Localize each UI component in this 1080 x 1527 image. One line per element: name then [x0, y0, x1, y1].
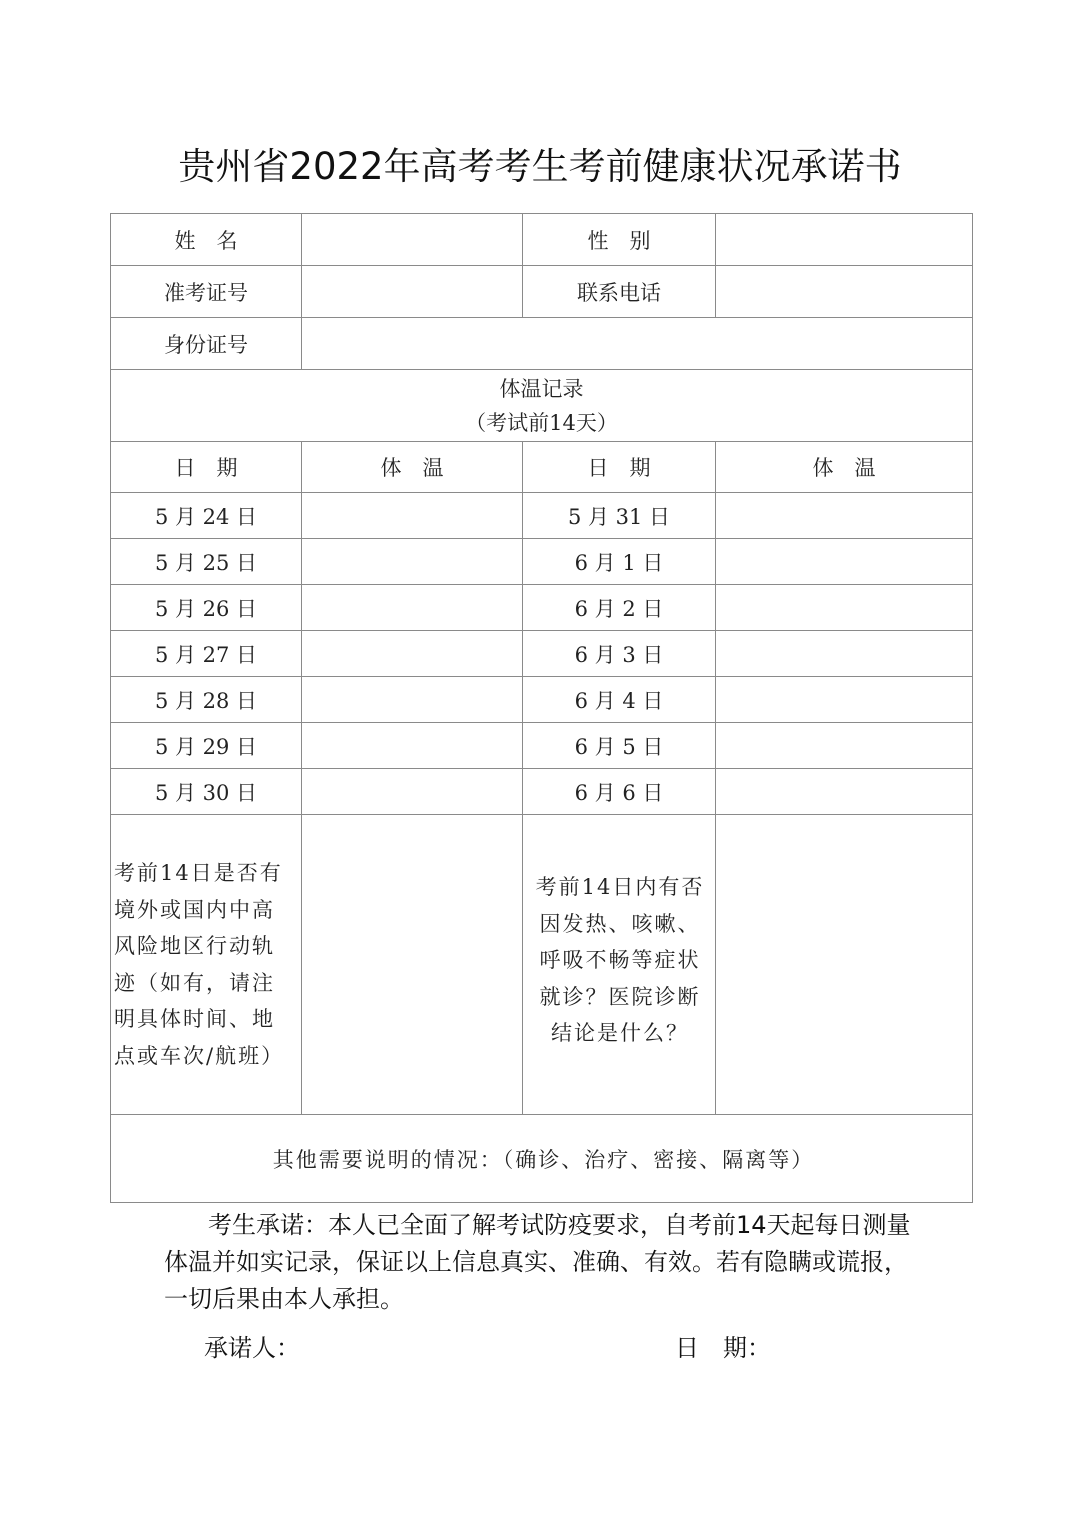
questions-row: 考前14日是否有境外或国内中高风险地区行动轨迹（如有，请注明具体时间、地点或车次…: [111, 815, 973, 1115]
date-cell: 5 月 27 日: [111, 631, 302, 677]
exam-id-label: 准考证号: [111, 266, 302, 318]
date-cell: 6 月 1 日: [523, 539, 716, 585]
date-cell: 5 月 26 日: [111, 585, 302, 631]
signer-label: 承诺人：: [204, 1328, 300, 1363]
table-row: 5 月 28 日 6 月 4 日: [111, 677, 973, 723]
symptom-question: 考前14日内有否因发热、咳嗽、呼吸不畅等症状就诊？医院诊断结论是什么？: [523, 815, 716, 1115]
table-row: 5 月 29 日 6 月 5 日: [111, 723, 973, 769]
column-header-date-left: 日 期: [111, 442, 302, 493]
date-cell: 5 月 31 日: [523, 493, 716, 539]
travel-question: 考前14日是否有境外或国内中高风险地区行动轨迹（如有，请注明具体时间、地点或车次…: [111, 815, 302, 1115]
gender-label: 性 别: [523, 214, 716, 266]
table-row: 5 月 30 日 6 月 6 日: [111, 769, 973, 815]
other-notes-field[interactable]: 其他需要说明的情况：（确诊、治疗、密接、隔离等）: [111, 1115, 973, 1203]
id-card-field[interactable]: [302, 318, 973, 370]
temperature-field[interactable]: [302, 585, 523, 631]
travel-answer-field[interactable]: [302, 815, 523, 1115]
date-cell: 5 月 30 日: [111, 769, 302, 815]
temperature-field[interactable]: [716, 769, 973, 815]
other-notes-row: 其他需要说明的情况：（确诊、治疗、密接、隔离等）: [111, 1115, 973, 1203]
temperature-field[interactable]: [302, 493, 523, 539]
temperature-field[interactable]: [716, 493, 973, 539]
phone-field[interactable]: [716, 266, 973, 318]
date-cell: 6 月 3 日: [523, 631, 716, 677]
date-cell: 6 月 5 日: [523, 723, 716, 769]
date-cell: 6 月 4 日: [523, 677, 716, 723]
temperature-column-headers: 日 期 体 温 日 期 体 温: [111, 442, 973, 493]
temperature-section-title: 体温记录: [111, 372, 972, 406]
temperature-section-header: 体温记录 （考试前14天）: [111, 370, 973, 442]
temperature-field[interactable]: [716, 677, 973, 723]
date-cell: 5 月 28 日: [111, 677, 302, 723]
date-cell: 6 月 6 日: [523, 769, 716, 815]
temperature-field[interactable]: [302, 723, 523, 769]
column-header-date-right: 日 期: [523, 442, 716, 493]
table-row: 5 月 24 日 5 月 31 日: [111, 493, 973, 539]
column-header-temp-right: 体 温: [716, 442, 973, 493]
date-cell: 5 月 24 日: [111, 493, 302, 539]
sign-date-label: 日 期：: [675, 1328, 771, 1363]
symptom-answer-field[interactable]: [716, 815, 973, 1115]
temperature-section-subtitle: （考试前14天）: [111, 406, 972, 440]
exam-id-field[interactable]: [302, 266, 523, 318]
gender-field[interactable]: [716, 214, 973, 266]
table-row: 5 月 27 日 6 月 3 日: [111, 631, 973, 677]
date-cell: 5 月 29 日: [111, 723, 302, 769]
row-name-gender: 姓 名 性 别: [111, 214, 973, 266]
temperature-field[interactable]: [716, 631, 973, 677]
phone-label: 联系电话: [523, 266, 716, 318]
temperature-field[interactable]: [716, 585, 973, 631]
row-id-card: 身份证号: [111, 318, 973, 370]
temperature-field[interactable]: [302, 769, 523, 815]
document-title: 贵州省2022年高考考生考前健康状况承诺书: [0, 136, 1080, 190]
temperature-field[interactable]: [302, 539, 523, 585]
id-card-label: 身份证号: [111, 318, 302, 370]
row-examid-phone: 准考证号 联系电话: [111, 266, 973, 318]
temperature-field[interactable]: [716, 723, 973, 769]
temperature-field[interactable]: [302, 631, 523, 677]
name-field[interactable]: [302, 214, 523, 266]
pledge-text: 考生承诺：本人已全面了解考试防疫要求，自考前14天起每日测量体温并如实记录，保证…: [164, 1207, 924, 1318]
temperature-field[interactable]: [716, 539, 973, 585]
name-label: 姓 名: [111, 214, 302, 266]
temperature-field[interactable]: [302, 677, 523, 723]
health-form-table: 姓 名 性 别 准考证号 联系电话 身份证号 体温记录 （考试前14天） 日 期…: [110, 213, 973, 1203]
date-cell: 6 月 2 日: [523, 585, 716, 631]
column-header-temp-left: 体 温: [302, 442, 523, 493]
table-row: 5 月 25 日 6 月 1 日: [111, 539, 973, 585]
other-notes-label: 其他需要说明的情况：（确诊、治疗、密接、隔离等）: [273, 1148, 815, 1172]
date-cell: 5 月 25 日: [111, 539, 302, 585]
table-row: 5 月 26 日 6 月 2 日: [111, 585, 973, 631]
